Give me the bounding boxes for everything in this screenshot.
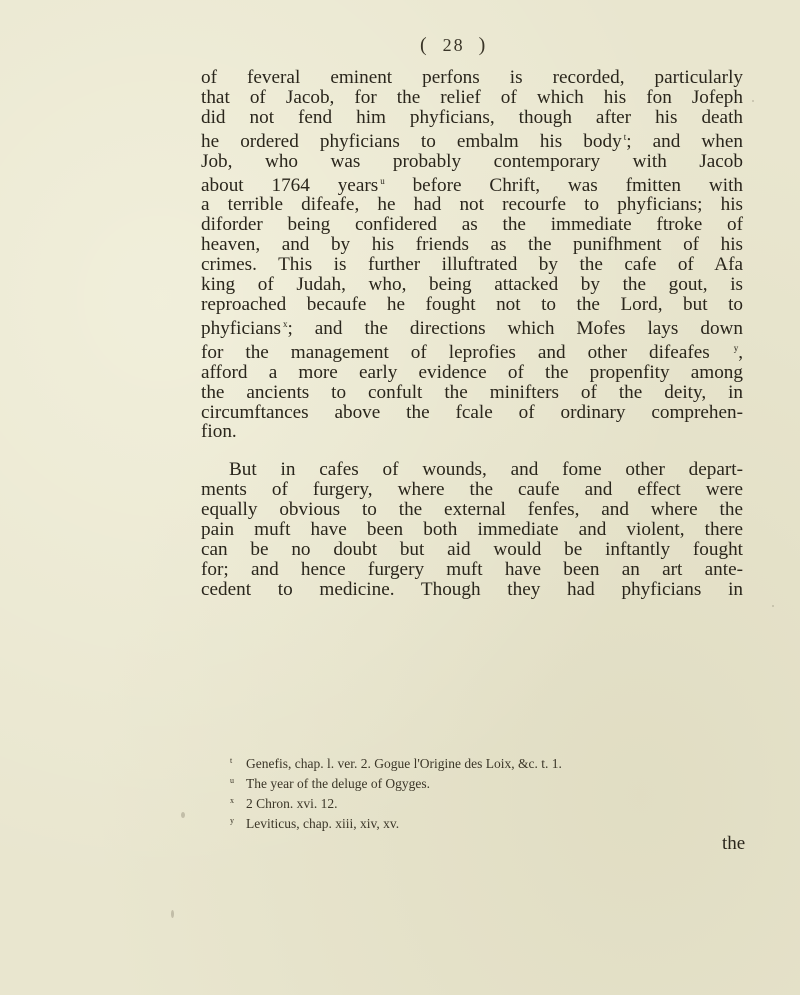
footnote-y: yLeviticus, chap. xiii, xiv, xv.: [230, 812, 730, 832]
line-text: ; and when: [626, 131, 743, 152]
text-line: equally obvious to the external fenfes, …: [201, 500, 743, 520]
paper-speck: [772, 605, 774, 607]
text-line: a terrible difeafe, he had not recourfe …: [201, 195, 743, 215]
text-line: ments of furgery, where the caufe and ef…: [201, 480, 743, 500]
line-text: about 1764 years: [201, 175, 378, 196]
line-text: for the management of leprofies and othe…: [201, 342, 710, 363]
text-line: king of Judah, who, being attacked by th…: [201, 275, 743, 295]
line-text: before Chrift, was fmitten with: [413, 175, 743, 196]
text-line: of feveral eminent perfons is recorded, …: [201, 68, 743, 88]
footnote-x: x2 Chron. xvi. 12.: [230, 792, 730, 812]
paper-speck: [171, 910, 174, 918]
text-line: crimes. This is further illuftrated by t…: [201, 255, 743, 275]
footnote-ref-u: u: [380, 176, 385, 186]
footnote-text: Genefis, chap. l. ver. 2. Gogue l'Origin…: [246, 756, 562, 771]
text-line: diforder being confidered as the immedia…: [201, 215, 743, 235]
catchword: the: [722, 833, 745, 855]
paren-open: (: [420, 34, 429, 56]
footnotes: tGenefis, chap. l. ver. 2. Gogue l'Origi…: [230, 752, 730, 832]
paragraph-1: of feveral eminent perfons is recorded, …: [201, 68, 743, 442]
page-number: 28: [443, 35, 465, 55]
text-line: heaven, and by his friends as the punifh…: [201, 235, 743, 255]
footnote-mark: t: [230, 752, 246, 769]
paren-close: ): [479, 34, 488, 56]
text-line: reproached becaufe he fought not to the …: [201, 295, 743, 315]
footnote-text: Leviticus, chap. xiii, xiv, xv.: [246, 816, 399, 831]
paper-speck: [181, 812, 185, 818]
paragraph-2: But in cafes of wounds, and fome other d…: [201, 460, 743, 599]
text-line: did not fend him phyficians, though afte…: [201, 108, 743, 128]
paper-speck: [752, 100, 754, 102]
footnote-t: tGenefis, chap. l. ver. 2. Gogue l'Origi…: [230, 752, 730, 772]
footnote-u: uThe year of the deluge of Ogyges.: [230, 772, 730, 792]
line-text: ; and the directions which Mofes lays do…: [287, 318, 743, 339]
line-text: phyficians: [201, 318, 281, 339]
book-page: (28) of feveral eminent perfons is recor…: [0, 0, 800, 995]
text-line: for the management of leprofies and othe…: [201, 339, 743, 363]
text-line: the ancients to confult the minifters of…: [201, 383, 743, 403]
footnote-text: 2 Chron. xvi. 12.: [246, 796, 338, 811]
text-line: afford a more early evidence of the prop…: [201, 363, 743, 383]
text-line: that of Jacob, for the relief of which h…: [201, 88, 743, 108]
footnote-mark: y: [230, 812, 246, 829]
footnote-mark: x: [230, 792, 246, 809]
text-line: can be no doubt but aid would be inftant…: [201, 540, 743, 560]
paragraph-gap: [201, 442, 743, 460]
text-line: phyficiansx; and the directions which Mo…: [201, 315, 743, 339]
body-text: of feveral eminent perfons is recorded, …: [201, 68, 743, 600]
text-line: circumftances above the fcale of ordinar…: [201, 403, 743, 423]
page-header: (28): [420, 34, 520, 57]
text-line: fion.: [201, 422, 743, 442]
text-line: pain muft have been both immediate and v…: [201, 520, 743, 540]
text-line: But in cafes of wounds, and fome other d…: [201, 460, 743, 480]
footnote-mark: u: [230, 772, 246, 789]
line-text: he ordered phyficians to embalm his body: [201, 131, 622, 152]
text-line: Job, who was probably contemporary with …: [201, 152, 743, 172]
footnote-text: The year of the deluge of Ogyges.: [246, 776, 430, 791]
text-line: cedent to medicine. Though they had phyf…: [201, 580, 743, 600]
text-line: for; and hence furgery muft have been an…: [201, 560, 743, 580]
line-text: ,: [738, 342, 743, 363]
text-line: he ordered phyficians to embalm his body…: [201, 128, 743, 152]
text-line: about 1764 yearsu before Chrift, was fmi…: [201, 172, 743, 196]
